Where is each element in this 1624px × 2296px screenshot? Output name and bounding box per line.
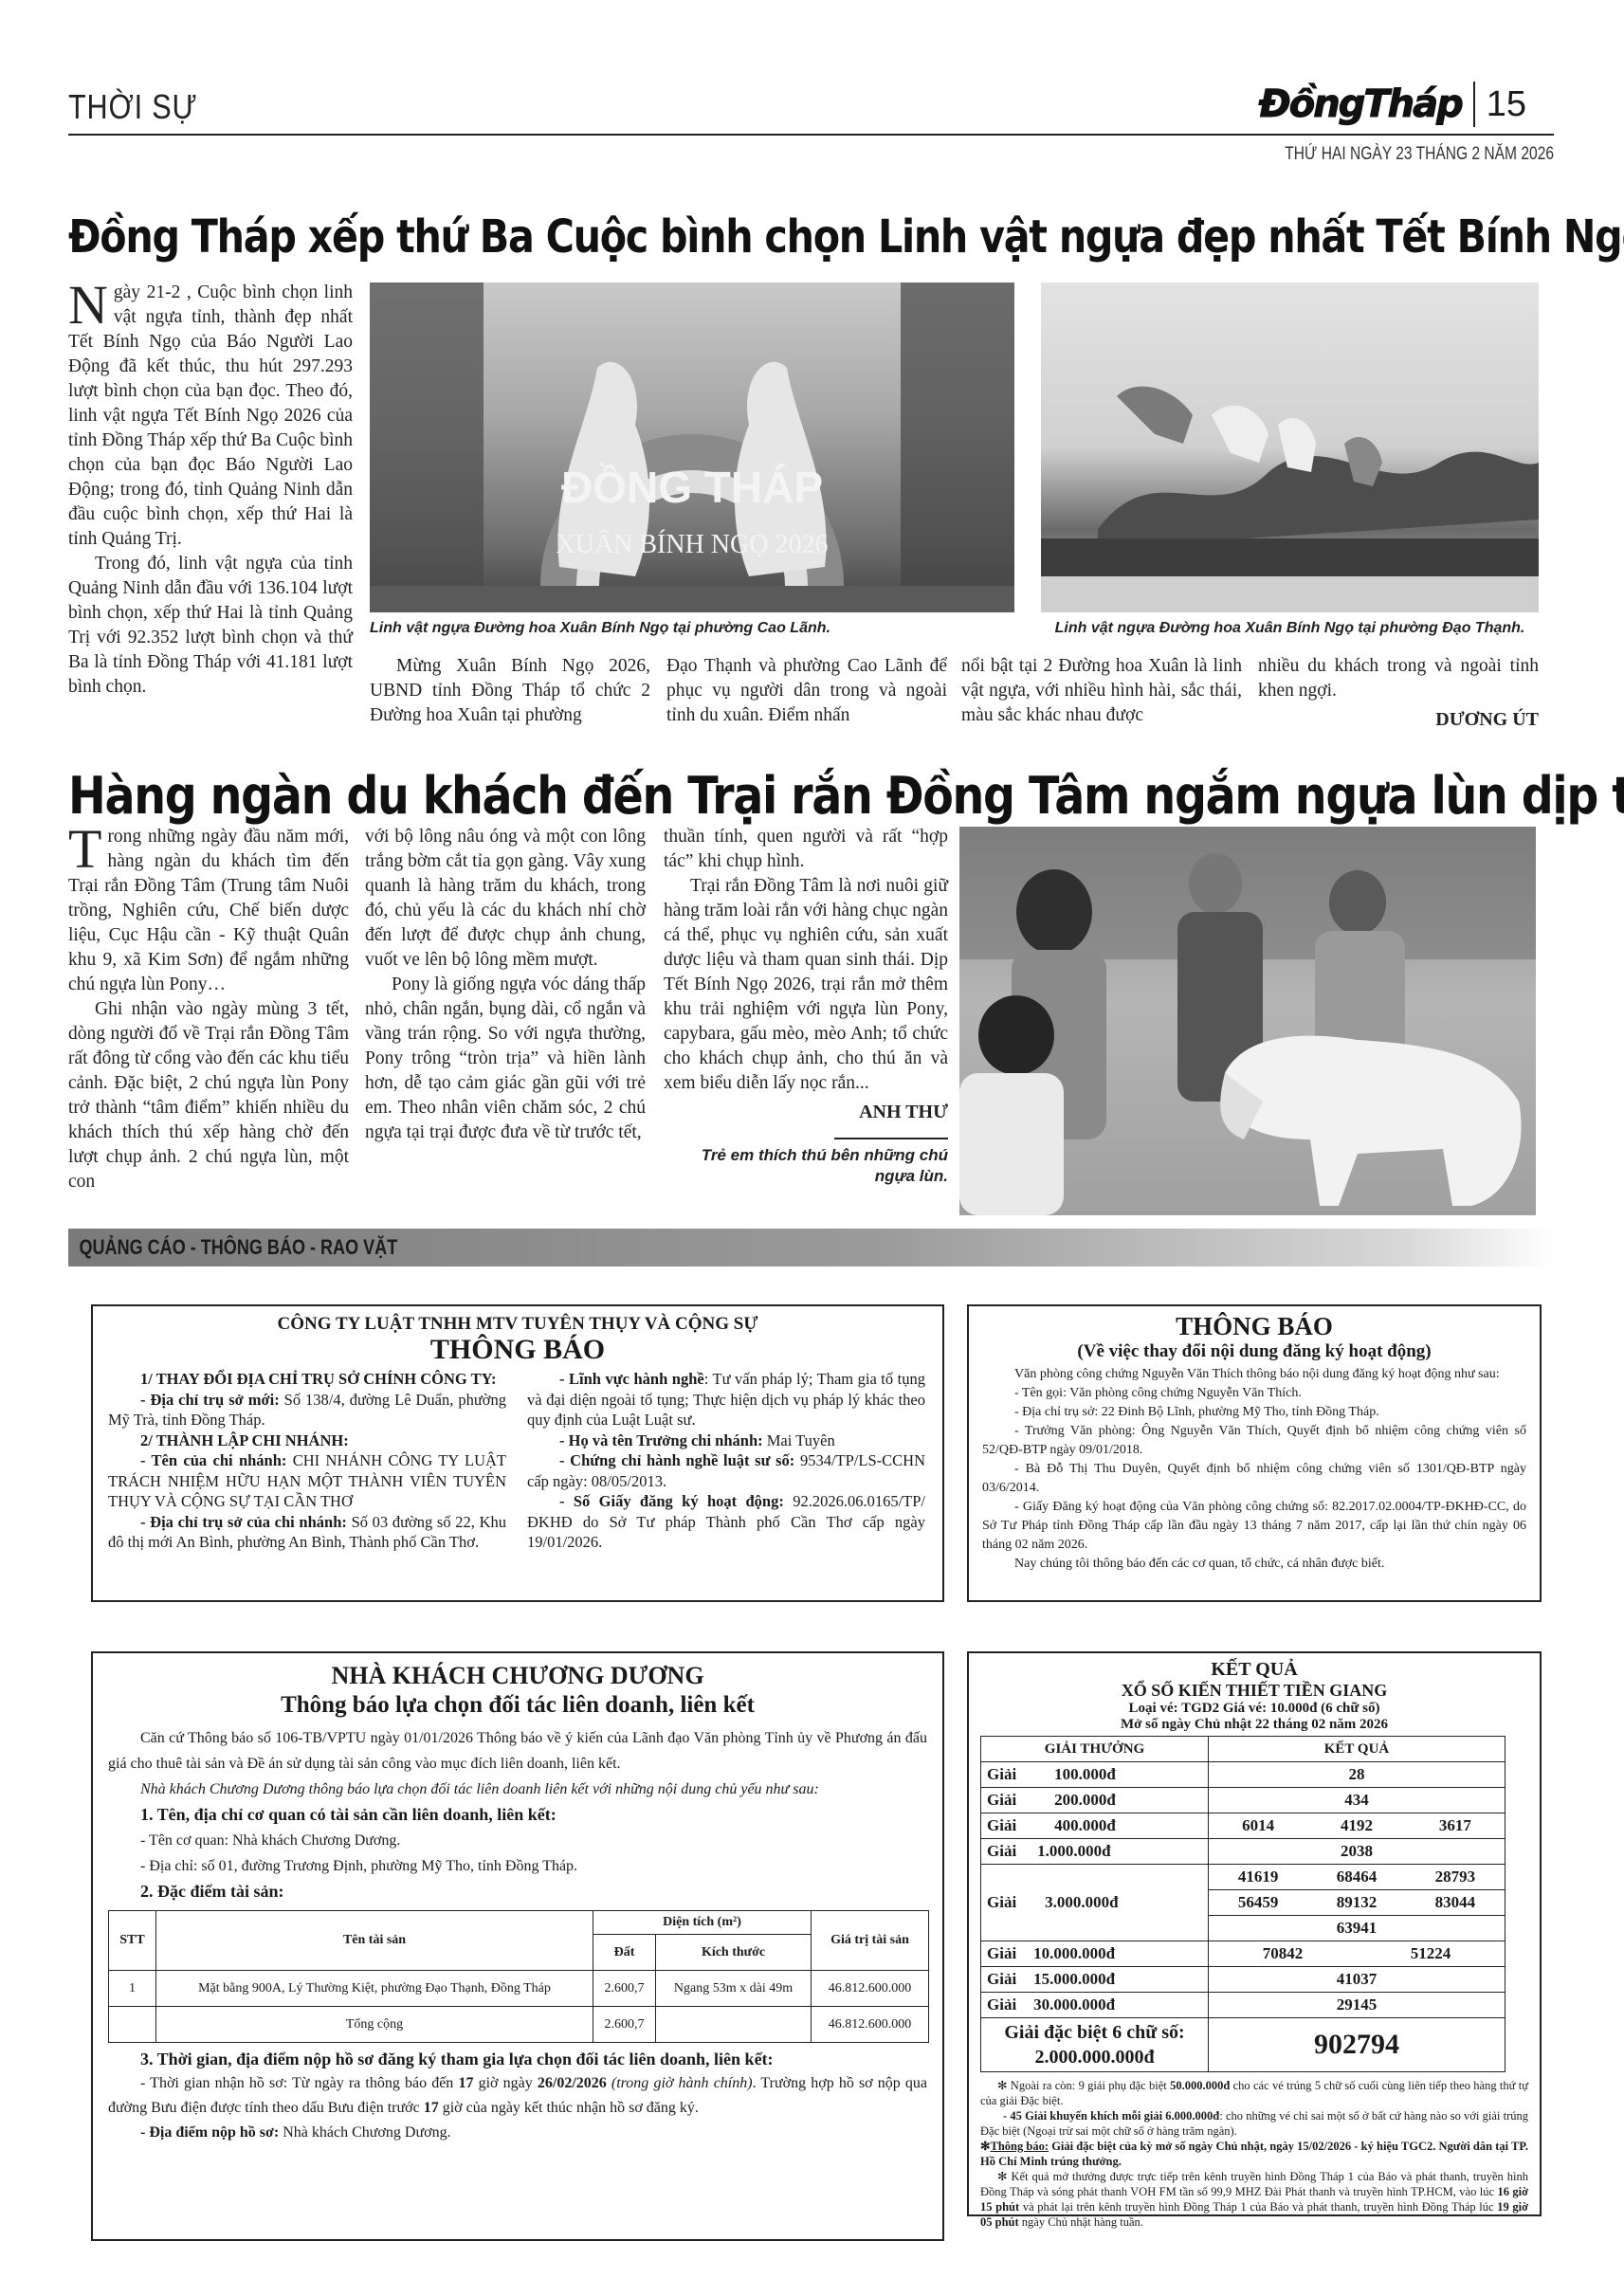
lottery-subtitle: XỔ SỐ KIẾN THIẾT TIỀN GIANG [980, 1681, 1528, 1701]
article2-headline: Hàng ngàn du khách đến Trại rắn Đồng Tâm… [68, 766, 1624, 826]
guesthouse-intro-italic: Nhà khách Chương Dương thông báo lựa chọ… [108, 1777, 927, 1802]
prize-amount: 1.000.000đ [1037, 1842, 1110, 1860]
article2-col3-p1: thuần tính, quen người và rất “hợp tác” … [664, 825, 948, 874]
guesthouse-s1-heading: 1. Tên, địa chỉ cơ quan có tài sản cần l… [108, 1802, 927, 1828]
lottery-results: KẾT QUẢ XỔ SỐ KIẾN THIẾT TIỀN GIANG Loại… [967, 1651, 1542, 2216]
prize-row: Giải100.000đ28 [981, 1762, 1505, 1788]
s1-label: - Địa chỉ trụ sở mới: [140, 1391, 280, 1409]
prize-amount: 30.000.000đ [1033, 1995, 1115, 2014]
cell-stt: 1 [109, 1971, 156, 2007]
ads-banner-label: QUẢNG CÁO - THÔNG BÁO - RAO VẶT [68, 1229, 1286, 1266]
winning-number: 41037 [1209, 1967, 1505, 1993]
lottery-ticket: Loại vé: TGD2 Giá vé: 10.000đ (6 chữ số) [980, 1701, 1528, 1717]
article1-col2: Mừng Xuân Bính Ngọ 2026, UBND tỉnh Đồng … [370, 654, 650, 728]
cell-land: 2.600,7 [593, 1971, 656, 2007]
prize-word: Giải [987, 1842, 1016, 1860]
head-label: - Họ và tên Trưởng chi nhánh: [559, 1431, 763, 1449]
s2-heading: 2/ THÀNH LẬP CHI NHÁNH: [140, 1431, 349, 1449]
prize-row: Giải400.000đ601441923617 [981, 1813, 1505, 1839]
s1-heading: 1/ THAY ĐỔI ĐỊA CHỈ TRỤ SỞ CHÍNH CÔNG TY… [140, 1370, 496, 1388]
masthead: ĐồngTháp 15 [1259, 82, 1526, 127]
article2-col2: với bộ lông nâu óng và một con lông trắn… [365, 825, 646, 1145]
prize-word: Giải [987, 1816, 1016, 1834]
law-notice-col1: 1/ THAY ĐỔI ĐỊA CHỈ TRỤ SỞ CHÍNH CÔNG TY… [108, 1369, 506, 1553]
winning-number: 2038 [1209, 1839, 1505, 1865]
article1-col2-text: Mừng Xuân Bính Ngọ 2026, UBND tỉnh Đồng … [370, 654, 650, 728]
prize-word: Giải [987, 1944, 1016, 1962]
th-value: Giá trị tài sản [812, 1911, 929, 1971]
prize-word: Giải [987, 1765, 1016, 1783]
branch-addr-label: - Địa chỉ trụ sở của chi nhánh: [140, 1513, 347, 1531]
cell-total-label: Tổng cộng [156, 2007, 593, 2043]
winning-number: 70842 [1263, 1944, 1304, 1963]
dropcap: T [68, 827, 101, 872]
law-notice-col2: - Lĩnh vực hành nghề: Tư vấn pháp lý; Th… [527, 1369, 925, 1553]
s3-text: giờ của ngày kết thúc nhận hồ sơ đăng ký… [439, 2100, 699, 2116]
photo1-caption: Linh vật ngựa Đường hoa Xuân Bính Ngọ tạ… [370, 620, 1014, 637]
special-label: Giải đặc biệt 6 chữ số: [987, 2020, 1202, 2045]
guesthouse-body: Căn cứ Thông báo số 106-TB/VPTU ngày 01/… [108, 1725, 927, 1904]
note-text: ✻ Ngoài ra còn: 9 giải phụ đặc biệt [997, 2079, 1170, 2092]
branch-name-label: - Tên của chi nhánh: [140, 1451, 286, 1469]
guesthouse-intro: Căn cứ Thông báo số 106-TB/VPTU ngày 01/… [108, 1725, 927, 1777]
note-text: và phát lại trên kênh truyền hình Đồng T… [1019, 2200, 1497, 2214]
prize-row: Giải200.000đ434 [981, 1788, 1505, 1813]
article1-col3-text: Đạo Thạnh và phường Cao Lãnh để phục vụ … [666, 654, 947, 728]
cell-value: 46.812.600.000 [812, 1971, 929, 2007]
s3-hour: 17 [458, 2075, 473, 2091]
prize-row: Giải1.000.000đ2038 [981, 1839, 1505, 1865]
prize-word: Giải [987, 1970, 1016, 1988]
winning-number: 41619 [1209, 1865, 1308, 1890]
notary-line: - Địa chỉ trụ sở: 22 Đinh Bộ Lĩnh, phườn… [982, 1403, 1526, 1422]
cell-size: Ngang 53m x dài 49m [656, 1971, 812, 2007]
guesthouse-s1-name: - Tên cơ quan: Nhà khách Chương Dương. [108, 1828, 927, 1853]
s3-note: (trong giờ hành chính) [607, 2075, 753, 2091]
reg-label: - Số Giấy đăng ký hoạt động: [559, 1492, 784, 1510]
guesthouse-s1-addr: - Địa chỉ: số 01, đường Trương Định, phư… [108, 1853, 927, 1879]
guesthouse-s3-heading: 3. Thời gian, địa điểm nộp hồ sơ đăng ký… [108, 2047, 927, 2071]
prize-amount: 3.000.000đ [1045, 1893, 1118, 1911]
cell-name: Mặt bằng 900A, Lý Thường Kiệt, phường Đạ… [156, 1971, 593, 2007]
header-rule [68, 134, 1554, 136]
article1-byline: DƯƠNG ÚT [1258, 707, 1539, 732]
notary-line: - Bà Đỗ Thị Thu Duyên, Quyết định bổ nhi… [982, 1460, 1526, 1498]
prize-amount: 15.000.000đ [1033, 1970, 1115, 1988]
winning-number: 68464 [1307, 1865, 1406, 1890]
notary-body: Văn phòng công chứng Nguyễn Văn Thích th… [982, 1365, 1526, 1574]
prize-row: Giải15.000.000đ41037 [981, 1967, 1505, 1993]
article1-col5: nhiều du khách trong và ngoài tỉnh khen … [1258, 654, 1539, 732]
notice-notary: THÔNG BÁO (Về việc thay đổi nội dung đăn… [967, 1304, 1542, 1602]
winning-number: 83044 [1406, 1890, 1505, 1916]
notary-line: Nay chúng tôi thông báo đến các cơ quan,… [982, 1555, 1526, 1574]
table-total-row: Tổng cộng 2.600,7 46.812.600.000 [109, 2007, 929, 2043]
winning-number: 4192 [1307, 1813, 1406, 1839]
note-text: ✻ Kết quả mở thưởng được trực tiếp trên … [980, 2170, 1528, 2198]
article1-para2: Trong đó, linh vật ngựa của tỉnh Quảng N… [68, 552, 353, 700]
winning-number: 56459 [1209, 1890, 1308, 1916]
lottery-title: KẾT QUẢ [980, 1659, 1528, 1681]
th-land: Đất [593, 1935, 656, 1971]
law-firm-name: CÔNG TY LUẬT TNHH MTV TUYÊN THỤY VÀ CỘNG… [108, 1314, 927, 1335]
guesthouse-s3: 3. Thời gian, địa điểm nộp hồ sơ đăng ký… [108, 2047, 927, 2145]
article2-byline: ANH THƯ [664, 1100, 948, 1124]
lottery-table: GIẢI THƯỞNG KẾT QUẢ Giải100.000đ28 Giải2… [980, 1736, 1505, 2072]
s3-text: - Thời gian nhận hồ sơ: Từ ngày ra thông… [140, 2075, 458, 2091]
prize-amount: 10.000.000đ [1033, 1944, 1115, 1962]
article2-col2-p1: với bộ lông nâu óng và một con lông trắn… [365, 825, 646, 973]
caption-rule [834, 1138, 948, 1139]
article2-col1: Trong những ngày đầu năm mới, hàng ngàn … [68, 825, 349, 1194]
notary-line: - Giấy Đăng ký hoạt động của Văn phòng c… [982, 1498, 1526, 1555]
notary-subtitle: (Về việc thay đổi nội dung đăng ký hoạt … [982, 1340, 1526, 1363]
cell-total-land: 2.600,7 [593, 2007, 656, 2043]
winning-number: 89132 [1307, 1890, 1406, 1916]
article2-col3-p2: Trại rắn Đồng Tâm là nơi nuôi giữ hàng t… [664, 874, 948, 1096]
s3-place-label: - Địa điểm nộp hồ sơ: [140, 2124, 279, 2141]
newspaper-logo: ĐồngTháp [1259, 82, 1462, 126]
special-prize-row: Giải đặc biệt 6 chữ số:2.000.000.000đ 90… [981, 2018, 1505, 2072]
photo2-caption: Linh vật ngựa Đường hoa Xuân Bính Ngọ tạ… [1041, 620, 1539, 637]
photo-horse-mascot-dao-thanh [1041, 282, 1539, 612]
winning-number: 28 [1209, 1762, 1505, 1788]
cert-label: - Chứng chỉ hành nghề luật sư số: [559, 1451, 794, 1469]
note-bold: - 45 Giải khuyến khích mỗi giải 6.000.00… [1003, 2109, 1219, 2123]
notice-law-firm: CÔNG TY LUẬT TNHH MTV TUYÊN THỤY VÀ CỘNG… [91, 1304, 944, 1602]
note-bold: 50.000.000đ [1170, 2079, 1230, 2092]
note-announcement: Giải đặc biệt của kỳ mở số ngày Chủ nhật… [980, 2140, 1528, 2168]
winning-number: 6014 [1209, 1813, 1308, 1839]
notary-line: Văn phòng công chứng Nguyễn Văn Thích th… [982, 1365, 1526, 1384]
svg-text:ĐỒNG THÁP: ĐỒNG THÁP [561, 463, 823, 512]
asset-table: STT Tên tài sản Diện tích (m²) Giá trị t… [108, 1910, 929, 2043]
article2-col1-p2: Ghi nhận vào ngày mùng 3 tết, dòng người… [68, 997, 349, 1194]
prize-word: Giải [987, 1893, 1016, 1911]
notary-line: - Tên gọi: Văn phòng công chứng Nguyễn V… [982, 1384, 1526, 1403]
winning-number: 51224 [1411, 1944, 1451, 1963]
section-label: THỜI SỰ [68, 87, 198, 127]
ads-section-banner: QUẢNG CÁO - THÔNG BÁO - RAO VẶT [68, 1229, 1554, 1266]
winning-number: 434 [1209, 1788, 1505, 1813]
notice-guesthouse: NHÀ KHÁCH CHƯƠNG DƯƠNG Thông báo lựa chọ… [91, 1651, 944, 2241]
prize-amount: 400.000đ [1054, 1816, 1116, 1834]
prize-row: Giải10.000.000đ7084251224 [981, 1941, 1505, 1967]
th-size: Kích thước [656, 1935, 812, 1971]
article2-photo-caption: Trẻ em thích thú bên những chú ngựa lùn. [664, 1145, 948, 1187]
article1-col4: nổi bật tại 2 Đường hoa Xuân là linh vật… [961, 654, 1242, 728]
th-stt: STT [109, 1911, 156, 1971]
svg-text:XUÂN BÍNH NGỌ 2026: XUÂN BÍNH NGỌ 2026 [557, 530, 829, 559]
article1-col5-text: nhiều du khách trong và ngoài tỉnh khen … [1258, 654, 1539, 703]
note-text: ngày Chủ nhật hàng tuần. [1019, 2215, 1143, 2229]
s3-text: giờ ngày [473, 2075, 537, 2091]
article1-para1: gày 21-2 , Cuộc bình chọn linh vật ngựa … [68, 282, 353, 549]
guesthouse-org: NHÀ KHÁCH CHƯƠNG DƯƠNG [108, 1661, 927, 1691]
prize-amount: 200.000đ [1054, 1791, 1116, 1809]
photo-children-pony [959, 827, 1536, 1215]
notary-line: - Trưởng Văn phòng: Ông Nguyễn Văn Thích… [982, 1422, 1526, 1460]
field-label: - Lĩnh vực hành nghề [559, 1370, 704, 1388]
th-name: Tên tài sản [156, 1911, 593, 1971]
guesthouse-s2-heading: 2. Đặc điểm tài sản: [108, 1879, 927, 1904]
special-amount: 2.000.000.000đ [987, 2045, 1202, 2069]
th-result: KẾT QUẢ [1209, 1737, 1505, 1762]
prize-word: Giải [987, 1791, 1016, 1809]
law-notice-title: THÔNG BÁO [108, 1335, 927, 1365]
th-prize: GIẢI THƯỞNG [981, 1737, 1209, 1762]
winning-number: 29145 [1209, 1993, 1505, 2018]
th-area: Diện tích (m²) [593, 1911, 812, 1935]
dropcap: N [68, 282, 108, 328]
article2-col2-p2: Pony là giống ngựa vóc dáng thấp nhỏ, ch… [365, 973, 646, 1145]
article1-col4-text: nổi bật tại 2 Đường hoa Xuân là linh vật… [961, 654, 1242, 728]
prize-amount: 100.000đ [1054, 1765, 1116, 1783]
winning-number: 3617 [1406, 1813, 1505, 1839]
issue-date: THỨ HAI NGÀY 23 THÁNG 2 NĂM 2026 [1285, 144, 1554, 165]
s3-deadline: 26/02/2026 [538, 2075, 607, 2091]
photo-horse-mascot-cao-lanh: ĐỒNG THÁP XUÂN BÍNH NGỌ 2026 [370, 282, 1014, 612]
article2-col3: thuần tính, quen người và rất “hợp tác” … [664, 825, 948, 1187]
lottery-draw-date: Mở số ngày Chủ nhật 22 tháng 02 năm 2026 [980, 1717, 1528, 1733]
table-row: 1 Mặt bằng 900A, Lý Thường Kiệt, phường … [109, 1971, 929, 2007]
cell-total-value: 46.812.600.000 [812, 2007, 929, 2043]
article1-headline: Đồng Tháp xếp thứ Ba Cuộc bình chọn Linh… [68, 210, 1624, 264]
lottery-notes: ✻ Ngoài ra còn: 9 giải phụ đặc biệt 50.0… [980, 2078, 1528, 2230]
s3-place-value: Nhà khách Chương Dương. [279, 2124, 450, 2141]
article1-col3: Đạo Thạnh và phường Cao Lãnh để phục vụ … [666, 654, 947, 728]
article2-col1-p1: rong những ngày đầu năm mới, hàng ngàn d… [68, 827, 349, 994]
prize-row: Giải3.000.000đ416196846428793 [981, 1865, 1505, 1890]
note-announcement-label: Thông báo: [990, 2140, 1049, 2153]
guesthouse-title: Thông báo lựa chọn đối tác liên doanh, l… [108, 1691, 927, 1720]
prize-row: Giải30.000.000đ29145 [981, 1993, 1505, 2018]
winning-number: 63941 [1209, 1916, 1505, 1941]
head-value: Mai Tuyên [763, 1431, 835, 1449]
winning-number: 28793 [1406, 1865, 1505, 1890]
special-number: 902794 [1209, 2018, 1505, 2072]
prize-word: Giải [987, 1995, 1016, 2014]
article1-col1: Ngày 21-2 , Cuộc bình chọn linh vật ngựa… [68, 281, 353, 700]
page-number: 15 [1473, 82, 1526, 127]
s3-hour: 17 [424, 2100, 439, 2116]
notary-title: THÔNG BÁO [982, 1312, 1526, 1340]
